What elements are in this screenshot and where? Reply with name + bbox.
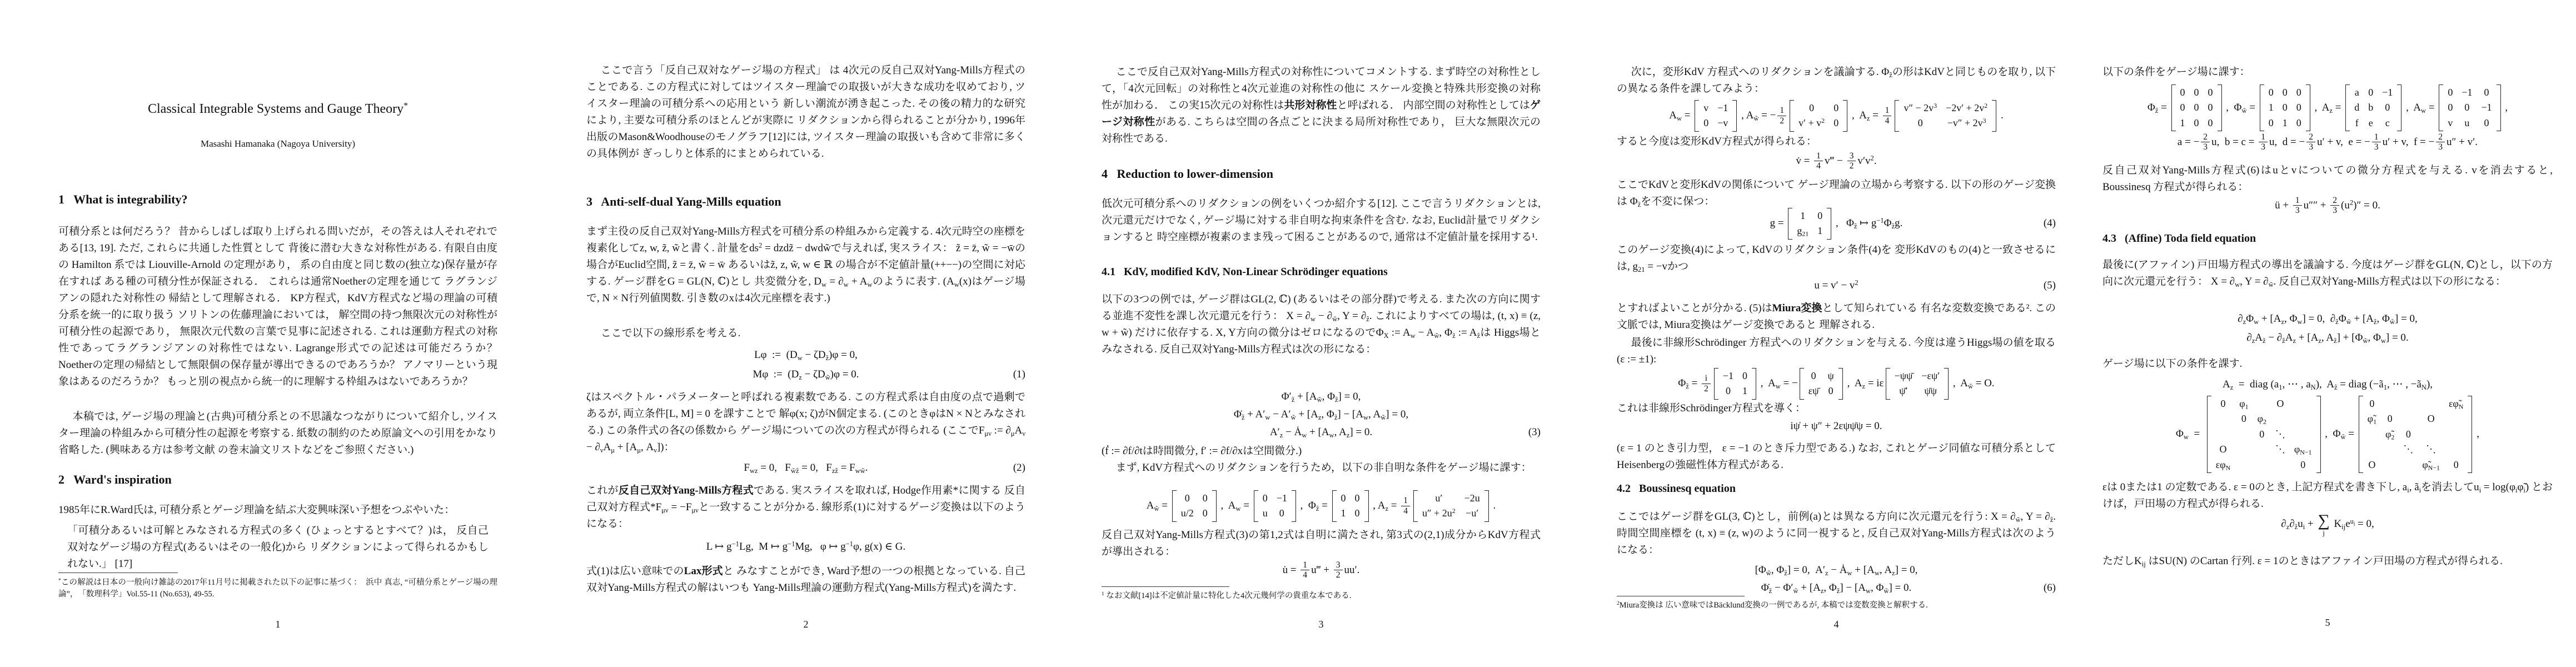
section-heading-4-2: 4.2 Boussinesq equation — [1617, 482, 2056, 495]
equation-tag: (4) — [2044, 216, 2056, 232]
paragraph: ここで反自己双対Yang-Mills方程式の対称性についてコメントする. まず時… — [1102, 64, 1541, 147]
display-equation: Az = diag (a1, ⋯ , aN), Az̃ = diag (−ã1… — [2102, 377, 2553, 393]
page-4: 次に，変形KdV 方程式へのリダクションを議論する. Φz̃の形はKdVと同じも… — [1546, 0, 2061, 667]
page-number: 2 — [586, 619, 1025, 630]
section-heading-3: 3 Anti-self-dual Yang-Mills equation — [586, 195, 1025, 209]
equation-tag: (3) — [1528, 425, 1541, 441]
display-equation: ∂zΦw + [Az, Φw] = 0, ∂z̃Φw̃ + [Az̃, Φw̃]… — [2102, 311, 2553, 327]
paragraph: 反自己双対Yang-Mills方程式(6)はuとvについての微分方程式を与える.… — [2102, 162, 2553, 196]
display-equation: a = −23u, b = c = 13u, d = −23u′ + v, e … — [2102, 132, 2553, 152]
display-equation: (5) u = v′ − v2 — [1617, 278, 2056, 294]
display-equation: Φz̃ = 000000100 , Φw̃ = 000100010 , Az =… — [2102, 84, 2553, 131]
section-heading-4: 4 Reduction to lower-dimension — [1102, 167, 1541, 181]
paragraph: 式(1)は広い意味でのLax形式と みなすことができ, Ward予想の一つの根拠… — [586, 563, 1025, 596]
footnote-rule — [1617, 596, 1745, 596]
paragraph: 低次元可積分系へのリダクションの例をいくつか紹介する[12]. ここで言うリダク… — [1102, 196, 1541, 246]
page-2: ここで言う「反自己双対なゲージ場の方程式」 は 4次元の反自己双対Yang-Mi… — [515, 0, 1030, 667]
paragraph: とすればよいことが分かる. (5)はMiura変換として知られている 有名な変数… — [1617, 300, 2056, 333]
paragraph: (ε = 1 のとき引力型， ε = −1 のとき斥力型である.) なお, これ… — [1617, 440, 2056, 474]
display-equation: (4) g = 10g211 , Φz̃ ↦ g−1Φz̃g. — [1617, 208, 2056, 240]
page-number: 5 — [2102, 617, 2553, 629]
paragraph: このゲージ変換(4)によって, KdVのリダクション条件(4)を 変形KdVのも… — [1617, 242, 2056, 275]
block-quote: 「可積分あるいは可解とみなされる方程式の多く (ひょっとするとすべて？)は， 反… — [58, 522, 497, 573]
paragraph: 可積分系とは何だろう？ 昔からしばしば取り上げられる問いだが，その答えは人それぞ… — [58, 223, 497, 390]
display-equation: Aw̃ = 00u/20 , Aw = 0−1u0 , Φz̃ = 0010 ,… — [1102, 490, 1541, 522]
display-equation: (6) Φ̇z̃ − Φ′w̃ + [Az, Φz̃] − [Aw, Φw̃] … — [1617, 580, 2056, 596]
page-number: 4 — [1617, 619, 2056, 630]
display-equation: (2) Fwz = 0, Fw̃z̃ = 0, Fzz̃ = Fww̃. — [586, 460, 1025, 476]
paragraph: (ḟ := ∂f/∂tは時間微分, f′ := ∂f/∂xは空間微分.) — [1102, 443, 1541, 460]
paragraph: ζはスペクトル・パラメーターと呼ばれる複素数である. この方程式系は自由度の点で… — [586, 389, 1025, 456]
section-heading-1: 1 What is integrability? — [58, 192, 497, 207]
page-1: Classical Integrable Systems and Gauge T… — [0, 0, 515, 667]
paragraph: 次に，変形KdV 方程式へのリダクションを議論する. Φz̃の形はKdVと同じも… — [1617, 64, 2056, 97]
display-equation: ü + 13u″″ + 23(u2)″ = 0. — [2102, 196, 2553, 216]
paper-title: Classical Integrable Systems and Gauge T… — [58, 102, 497, 117]
paragraph: 以下の3つの例では, ゲージ群はGL(2, ℂ) (あるいはその部分群)で考える… — [1102, 291, 1541, 358]
paragraph: ここで言う「反自己双対なゲージ場の方程式」 は 4次元の反自己双対Yang-Mi… — [586, 62, 1025, 162]
footnote: 2Miura変換は 広い意味ではBäcklund変換の一例であるが, 本稿では変… — [1617, 600, 2056, 611]
display-equation: u̇ = 14u‴ + 32uu′. — [1102, 560, 1541, 580]
paragraph: εは 0または1 の定数である. ε = 0のとき, 上記方程式を書き下し, a… — [2102, 479, 2553, 512]
display-equation: ∂z∂z̃ui + ∑j Kijeuj = 0, — [2102, 512, 2553, 536]
paragraph: まず主役の反自己双対Yang-Mills方程式を可積分系の枠組みから定義する. … — [586, 223, 1025, 307]
page-number: 3 — [1102, 619, 1541, 630]
display-equation: Lφ := (Dw − ζDz̃)φ = 0, — [586, 347, 1025, 364]
paragraph: ただしKij はSU(N) のCartan 行列. ε = 1のときはアファイン… — [2102, 553, 2553, 570]
paragraph: 1985年にR.Ward氏は, 可積分系とゲージ理論を結ぶ大変興味深い予想をつぶ… — [58, 502, 497, 519]
display-equation: Φw = 0φ1 O 0φ2 0⋱ O ⋱φN−1εφN 0 , Φw̃ = 0… — [2102, 396, 2553, 473]
page-number: 1 — [58, 619, 497, 630]
paragraph: ゲージ場に以下の条件を課す. — [2102, 356, 2553, 372]
footnote-rule — [58, 573, 178, 573]
paragraph: すると今度は変形KdV方程式が得られる： — [1617, 133, 2056, 150]
display-equation: v̇ = 14v‴ − 32v′v2. — [1617, 151, 2056, 171]
paragraph: 以下の条件をゲージ場に課す： — [2102, 64, 2553, 81]
paragraph: 反自己双対Yang-Mills方程式(3)の第1,2式は自明に満たされ, 第3式… — [1102, 527, 1541, 560]
paragraph: これは非線形Schrödinger方程式を導く： — [1617, 400, 2056, 417]
footnote: *この解説は日本の一般向け雑誌の2017年11月号に掲載された以下の記事に基づく… — [58, 577, 497, 600]
paragraph: 本稿では, ゲージ場の理論と(古典)可積分系との不思議なつながりについて紹介し,… — [58, 409, 497, 459]
display-equation: ∂zAz̃ − ∂z̃Az + [Az, Az̃] + [Φw̃, Φw] = … — [2102, 330, 2553, 346]
equation-tag: (2) — [1013, 460, 1025, 476]
page-5: 以下の条件をゲージ場に課す： Φz̃ = 000000100 , Φw̃ = 0… — [2061, 0, 2576, 667]
display-equation: Φ′z̃ + [Aw̃, Φz̃] = 0, — [1102, 389, 1541, 405]
display-equation: (1) Mφ := (Dz − ζDw̃)φ = 0. — [586, 367, 1025, 383]
paragraph: ここで以下の線形系を考える. — [586, 325, 1025, 342]
equation-tag: (6) — [2044, 580, 2056, 596]
display-equation: Φ̇z̃ + A′w − A′w̃ + [Az, Φz̃] − [Aw, Aw̃… — [1102, 407, 1541, 423]
section-heading-4-3: 4.3 (Affine) Toda field equation — [2102, 232, 2553, 245]
paragraph: これが反自己双対Yang-Mills方程式である. 実スライスを取れば, Hod… — [586, 482, 1025, 532]
equation-tag: (1) — [1013, 367, 1025, 383]
paper-author: Masashi Hamanaka (Nagoya University) — [58, 138, 497, 150]
paragraph: ここでKdVと変形KdVの関係について ゲージ理論の立場から考察する. 以下の形… — [1617, 177, 2056, 210]
paragraph: まず, KdV方程式へのリダクションを行うため，以下の非自明な条件をゲージ場に課… — [1102, 460, 1541, 476]
footnote: 1 なお文献[14]は不定値計量に特化した4次元幾何学の貴重な本である. — [1102, 590, 1541, 602]
display-equation: (3) A′z − Ȧw + [Aw, Az] = 0. — [1102, 425, 1541, 441]
paragraph: ここではゲージ群をGL(3, ℂ)とし，前例(a)とは異なる方向に次元還元を行う… — [1617, 509, 2056, 559]
display-equation: L ↦ g−1Lg, M ↦ g−1Mg, φ ↦ g−1φ, g(x) ∈ G… — [586, 539, 1025, 555]
footnote-rule — [1102, 586, 1229, 587]
display-equation: Φz̃ = i2−1001 , Aw = −0ψεψ̄0 , Az = iε−ψ… — [1617, 368, 2056, 400]
equation-tag: (5) — [2044, 278, 2056, 294]
display-equation: Aw = v−10−v , Aw̃ = −1200v′ + v20 , Az =… — [1617, 100, 2056, 132]
page-3: ここで反自己双対Yang-Mills方程式の対称性についてコメントする. まず時… — [1030, 0, 1546, 667]
display-equation: iψ̇ + ψ″ + 2εψψ̄ψ = 0. — [1617, 419, 2056, 435]
paragraph: 最後に非線形Schrödinger 方程式へのリダクションを与える. 今度は違う… — [1617, 335, 2056, 368]
section-heading-4-1: 4.1 KdV, modified KdV, Non-Linear Schröd… — [1102, 266, 1541, 278]
section-heading-2: 2 Ward's inspiration — [58, 472, 497, 487]
paragraph: 最後に(アファイン) 戸田場方程式の導出を議論する. 今度はゲージ群をGL(N,… — [2102, 257, 2553, 290]
display-equation: [Φw̃, Φz̃] = 0, A′z − Ȧw + [Aw, Az] = 0… — [1617, 563, 2056, 579]
